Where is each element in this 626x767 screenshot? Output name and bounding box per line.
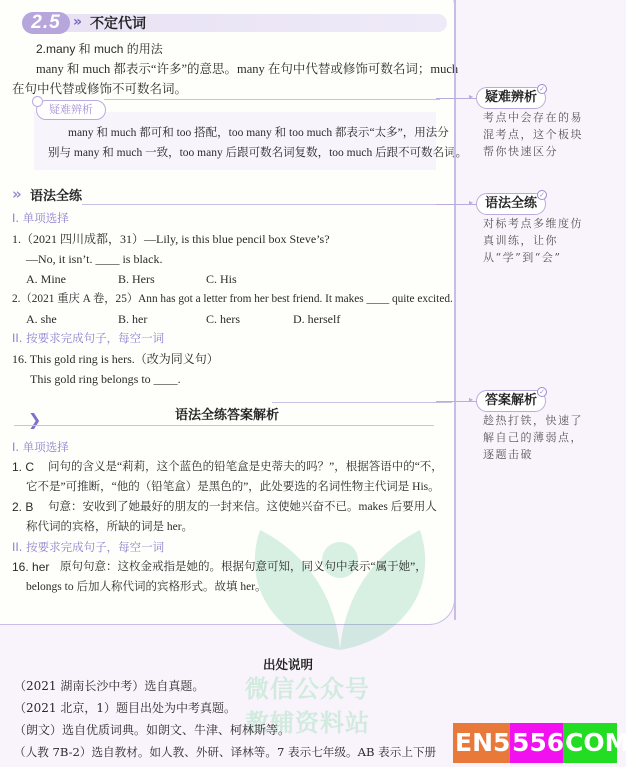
q2-option-c: C. hers (206, 310, 240, 328)
sidebar-rail (454, 0, 456, 620)
sidebar-desc-practice: 对标考点多维度仿真训练，让你从“学”到“会” (483, 215, 593, 266)
lesson-heading: 2.many 和 much 的用法 (36, 39, 163, 59)
q2-option-d: D. herself (293, 310, 340, 328)
answers-part2-label: II. 按要求完成句子，每空一词 (12, 538, 164, 556)
note-divider (104, 99, 440, 100)
question-1-line1: 1.（2021 四川成都，31）—Lily, is this blue penc… (12, 229, 330, 249)
chevron-right-icon: ❯ (28, 410, 41, 429)
source-line-3: （朗文）选自优质词典。如朗文、牛津、柯林斯等。 (14, 721, 290, 739)
note-line1: many 和 much 都可和 too 搭配，too many 和 too mu… (68, 123, 449, 143)
section-header-bar (22, 14, 447, 32)
source-title: 出处说明 (263, 655, 313, 673)
answer-16-line1: 原句句意：这枚金戒指是她的。根据句意可知，同义句中表示“属于她”， (60, 557, 427, 577)
q1-option-c: C. His (206, 270, 237, 288)
question-16-line1: 16. This gold ring is hers.（改为同义句） (12, 349, 219, 369)
source-line-1: （2021 湖南长沙中考）选自真题。 (14, 677, 204, 695)
practice-title: 语法全练 (30, 185, 82, 204)
watermark-leaf-icon (240, 530, 440, 650)
check-circle-icon: ✓ (537, 190, 547, 200)
question-1-line2: —No, it isn’t. ____ is black. (26, 249, 162, 269)
question-2-line1: 2.（2021 重庆 A 卷，25）Ann has got a letter f… (12, 289, 453, 309)
check-circle-icon: ✓ (537, 387, 547, 397)
sidebar-badge-answers: 答案解析 (476, 390, 546, 412)
answer-1-line2: 它不是”可推断，“他的（铅笔盒）是黑色的”，此处要选的名词性物主代词是 His。 (26, 477, 440, 497)
practice-part1-label: I. 单项选择 (12, 209, 69, 227)
note-tag: 疑难辨析 (36, 100, 106, 120)
q1-option-b: B. Hers (118, 270, 155, 288)
q1-option-a: A. Mine (26, 270, 66, 288)
practice-divider (82, 204, 452, 205)
double-chevron-icon: » (73, 14, 82, 30)
lesson-paragraph-line1: many 和 much 都表示“许多”的意思。many 在句中代替或修饰可数名词… (36, 59, 458, 79)
logo-part1: EN5 (453, 723, 510, 763)
sidebar-desc-answers: 趁热打铁，快速了解自己的薄弱点，逐题击破 (483, 412, 593, 463)
arrow-right-icon: ▸ (469, 395, 473, 404)
answers-part1-label: I. 单项选择 (12, 438, 69, 456)
double-chevron-icon: » (12, 185, 18, 203)
answers-divider-bottom (14, 425, 434, 426)
answer-16-key: 16. her (12, 557, 49, 577)
section-title: 不定代词 (90, 13, 146, 33)
site-logo[interactable]: EN5 556. COM (453, 723, 617, 763)
answer-2-line2: 称代词的宾格，所缺的词是 her。 (26, 517, 193, 537)
practice-part2-label: II. 按要求完成句子，每空一词 (12, 329, 164, 347)
answer-1-key: 1. C (12, 457, 34, 477)
arrow-right-icon: ▸ (469, 92, 473, 101)
sidebar-badge-difficult: 疑难辨析 (476, 87, 546, 109)
logo-part2: 556. (510, 723, 563, 763)
sidebar-desc-difficult: 考点中会存在的易混考点，这个板块帮你快速区分 (483, 109, 593, 160)
answers-divider-top (272, 402, 452, 403)
answer-16-line2: belongs to 后加人称代词的宾格形式。故填 her。 (26, 577, 267, 597)
arrow-right-icon: ▸ (469, 198, 473, 207)
note-line2: 别与 many 和 much 一致，too many 后跟可数名词复数，too … (48, 143, 467, 163)
answer-2-line1: 句意：安收到了她最好的朋友的一封来信。这使她兴奋不已。makes 后要用人 (48, 497, 437, 517)
section-header: 2.5 » 不定代词 (12, 12, 437, 32)
question-16-line2: This gold ring belongs to ____. (30, 369, 181, 389)
q2-option-b: B. her (118, 310, 147, 328)
watermark-line1: 微信公众号 (245, 672, 395, 706)
source-line-4: （人教 7B-2）选自教材。如人教、外研、译林等。7 表示七年级。AB 表示上下… (14, 743, 436, 761)
logo-part3: COM (563, 723, 617, 763)
answer-1-line1: 问句的含义是“莉莉，这个蓝色的铅笔盒是史蒂夫的吗？”，根据答语中的“不， (48, 457, 443, 477)
sidebar-badge-practice: 语法全练 (476, 193, 546, 215)
answer-2-key: 2. B (12, 497, 33, 517)
check-circle-icon: ✓ (537, 84, 547, 94)
section-number: 2.5 (22, 12, 70, 34)
answers-title: 语法全练答案解析 (175, 404, 279, 423)
source-line-2: （2021 北京，1）题目出处为中考真题。 (14, 699, 236, 717)
q2-option-a: A. she (26, 310, 57, 328)
